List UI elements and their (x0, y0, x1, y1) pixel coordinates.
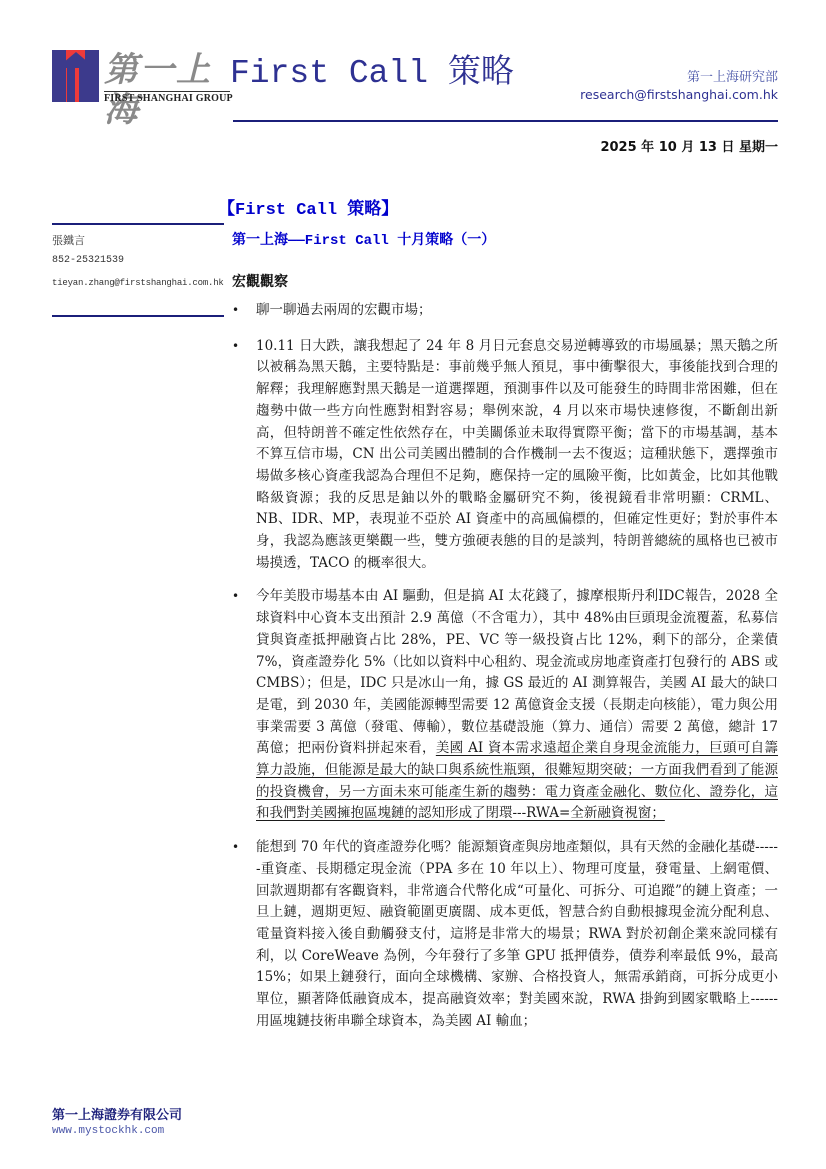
bullet-text: 聊一聊過去兩周的宏觀市場； (256, 302, 432, 318)
report-title: 【First Call 策略】 (218, 194, 398, 220)
report-date: 2025 年 10 月 13 日 星期一 (600, 136, 778, 155)
research-email-link[interactable]: research@firstshanghai.com.hk (580, 87, 778, 102)
header-divider (233, 120, 778, 122)
logo-chinese-name: 第一上海 (104, 50, 230, 130)
author-email-link[interactable]: tieyan.zhang@firstshanghai.com.hk (52, 278, 224, 288)
author-name: 張鐵言 (52, 232, 85, 248)
section-heading: 宏觀觀察 (232, 271, 288, 291)
bullet-item: • 今年美股市場基本由 AI 驅動，但是搞 AI 太花錢了，據摩根斯丹利IDC報… (232, 586, 778, 825)
bullet-icon: • (232, 300, 239, 322)
research-department: 第一上海研究部 (687, 66, 778, 85)
author-bottom-divider (52, 315, 224, 317)
logo-arrow-icon (52, 50, 99, 102)
author-phone: 852-25321539 (52, 255, 124, 266)
bullet-text: 能想到 70 年代的資產證券化嗎？能源類資產與房地產類似，具有天然的金融化基礎-… (256, 839, 778, 1029)
bullet-icon: • (232, 336, 239, 358)
bullet-item: • 聊一聊過去兩周的宏觀市場； (232, 300, 778, 322)
logo-english-name: FIRST SHANGHAI GROUP (104, 93, 233, 104)
bullet-text: 今年美股市場基本由 AI 驅動，但是搞 AI 太花錢了，據摩根斯丹利IDC報告，… (256, 588, 778, 756)
company-logo: 第一上海 FIRST SHANGHAI GROUP (52, 50, 230, 104)
logo-divider (104, 91, 230, 92)
bullet-icon: • (232, 586, 239, 608)
bullet-icon: • (232, 837, 239, 859)
bullet-item: • 能想到 70 年代的資產證券化嗎？能源類資產與房地產類似，具有天然的金融化基… (232, 837, 778, 1032)
author-top-divider (52, 223, 224, 225)
brand-title: First Call 策略 (230, 54, 514, 94)
footer-website-link[interactable]: www.mystockhk.com (52, 1125, 164, 1137)
footer-company-name: 第一上海證券有限公司 (52, 1104, 182, 1123)
bullet-text: 10.11 日大跌，讓我想起了 24 年 8 月日元套息交易逆轉導致的市場風暴；… (256, 338, 778, 571)
bullet-item: • 10.11 日大跌，讓我想起了 24 年 8 月日元套息交易逆轉導致的市場風… (232, 336, 778, 575)
report-subtitle: 第一上海——First Call 十月策略（一） (232, 229, 495, 249)
bullet-list: • 聊一聊過去兩周的宏觀市場； • 10.11 日大跌，讓我想起了 24 年 8… (232, 300, 778, 1043)
